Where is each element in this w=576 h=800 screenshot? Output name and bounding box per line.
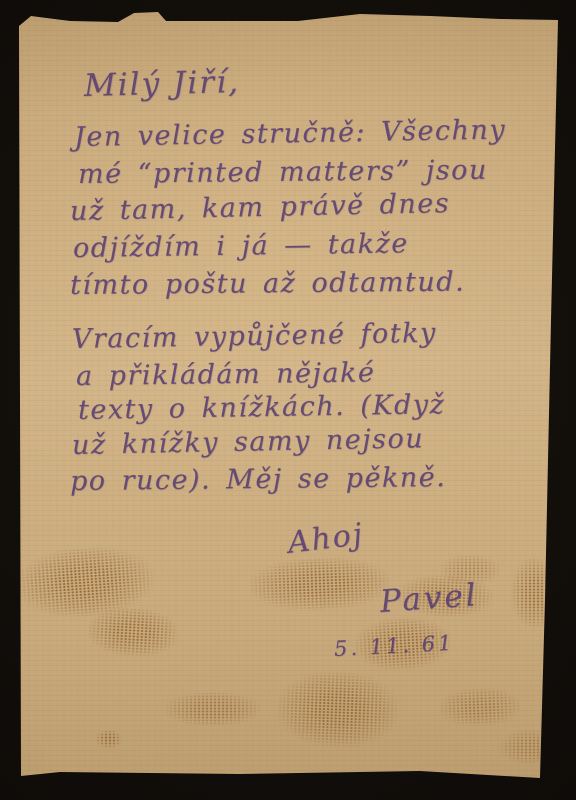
handwritten-line: mé “printed matters” jsou xyxy=(78,155,488,190)
foxing-stain xyxy=(16,543,155,620)
handwritten-line: Jen velice stručně: Všechny xyxy=(74,114,507,153)
handwritten-line: a přikládám nějaké xyxy=(76,357,376,392)
foxing-stain xyxy=(512,558,556,628)
foxing-stain xyxy=(165,692,260,726)
handwritten-line: tímto poštu až odtamtud. xyxy=(70,267,465,301)
foxing-stain xyxy=(87,606,179,659)
handwritten-line: Vracím vypůjčené fotky xyxy=(72,318,437,355)
handwritten-line: už tam, kam právě dnes xyxy=(70,188,451,227)
date-line: 5. 11. 61 xyxy=(333,631,455,661)
closing-word: Ahoj xyxy=(286,517,366,561)
foxing-stain xyxy=(500,730,560,764)
letter-paper: Milý Jiří, Jen velice stručně: Všechny m… xyxy=(0,0,576,800)
greeting-line: Milý Jiří, xyxy=(84,64,241,104)
signature: Pavel xyxy=(379,577,480,620)
foxing-stain xyxy=(249,556,391,613)
handwritten-line: po ruce). Měj se pěkně. xyxy=(70,462,447,497)
handwritten-line: texty o knížkách. (Když xyxy=(78,389,446,426)
handwritten-line: už knížky samy nejsou xyxy=(72,423,425,461)
foxing-stain xyxy=(96,730,122,748)
foxing-stain xyxy=(439,687,520,728)
foxing-stain xyxy=(277,670,400,749)
photo-background: Milý Jiří, Jen velice stručně: Všechny m… xyxy=(0,0,576,800)
handwritten-line: odjíždím i já — takže xyxy=(73,228,409,264)
